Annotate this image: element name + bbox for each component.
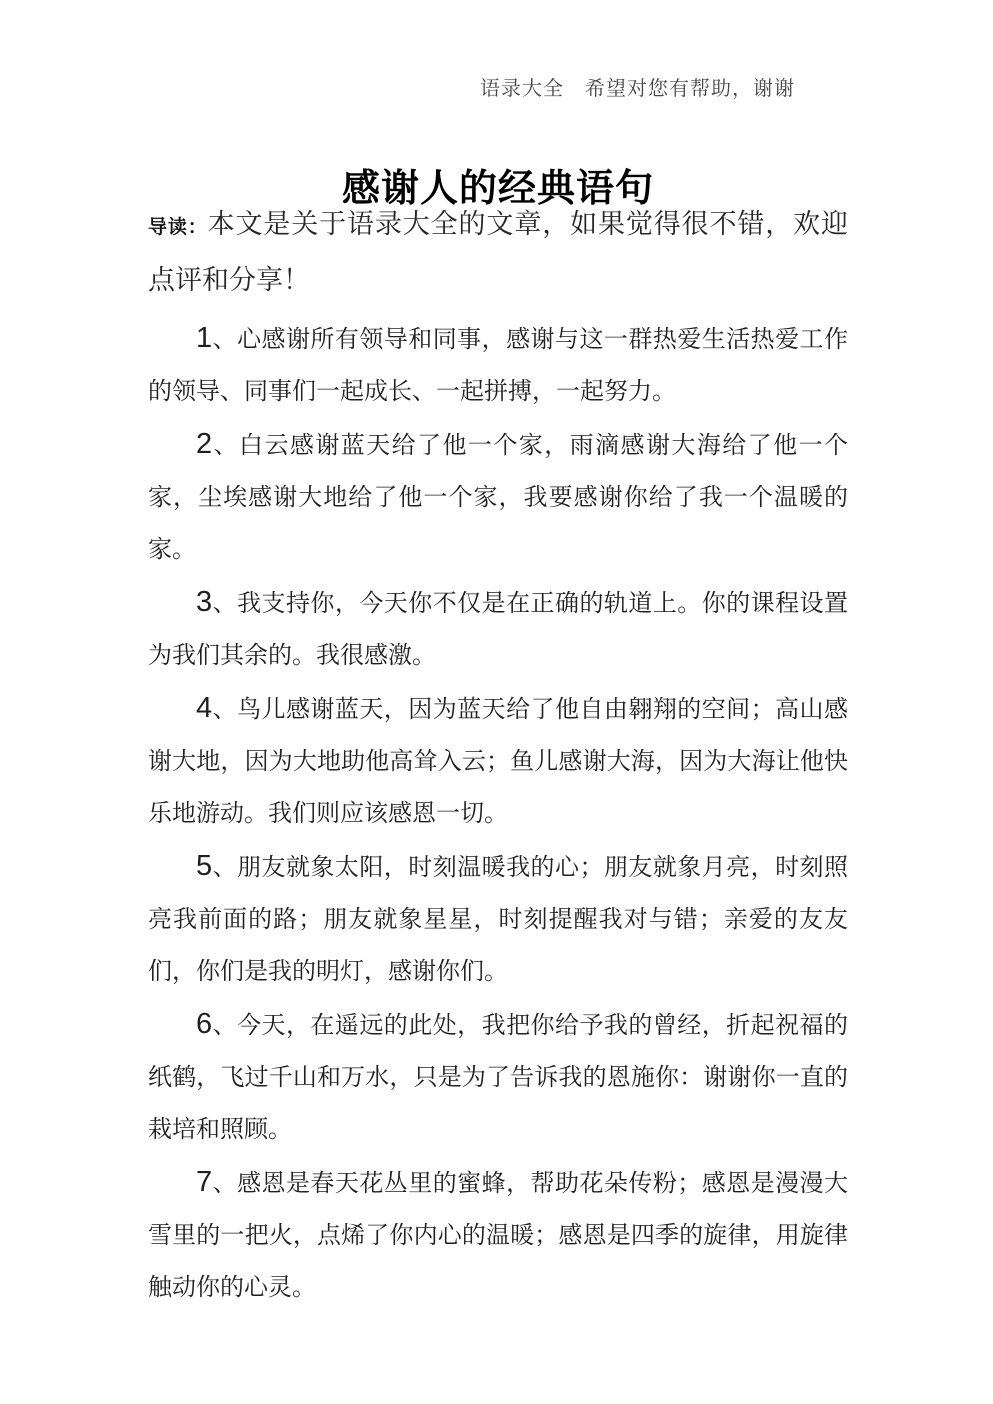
item-text: 朋友就象太阳，时刻温暖我的心；朋友就象月亮，时刻照亮我前面的路；朋友就象星星，时…	[148, 854, 848, 985]
item-text: 感恩是春天花丛里的蜜蜂，帮助花朵传粉；感恩是漫漫大雪里的一把火，点烯了你内心的温…	[148, 1170, 848, 1301]
item-text: 心感谢所有领导和同事，感谢与这一群热爱生活热爱工作的领导、同事们一起成长、一起拼…	[148, 326, 848, 405]
item-text: 鸟儿感谢蓝天，因为蓝天给了他自由翱翔的空间；高山感谢大地，因为大地助他高耸入云；…	[148, 696, 848, 827]
document-body: 导读：本文是关于语录大全的文章，如果觉得很不错，欢迎点评和分享！ 1、心感谢所有…	[148, 198, 848, 1314]
document-page: 语录大全 希望对您有帮助，谢谢 感谢人的经典语句 导读：本文是关于语录大全的文章…	[0, 0, 993, 1404]
item-separator: 、	[212, 854, 237, 881]
item-separator: 、	[212, 326, 237, 353]
item-number: 6	[196, 1008, 212, 1040]
item-number: 2	[196, 428, 212, 460]
item-separator: 、	[212, 1012, 237, 1039]
item-number: 3	[196, 586, 212, 618]
quote-paragraph-3: 3、我支持你，今天你不仅是在正确的轨道上。你的课程设置为我们其余的。我很感激。	[148, 576, 848, 682]
lead-paragraph: 导读：本文是关于语录大全的文章，如果觉得很不错，欢迎点评和分享！	[148, 198, 848, 306]
page-header-text: 语录大全 希望对您有帮助，谢谢	[0, 72, 795, 101]
item-separator: 、	[212, 696, 237, 723]
item-number: 1	[196, 322, 212, 354]
quote-paragraph-6: 6、今天，在遥远的此处，我把你给予我的曾经，折起祝福的纸鹤，飞过千山和万水，只是…	[148, 998, 848, 1156]
item-number: 4	[196, 692, 212, 724]
quote-paragraph-7: 7、感恩是春天花丛里的蜜蜂，帮助花朵传粉；感恩是漫漫大雪里的一把火，点烯了你内心…	[148, 1156, 848, 1314]
lead-label: 导读：	[148, 217, 208, 238]
quote-paragraph-4: 4、鸟儿感谢蓝天，因为蓝天给了他自由翱翔的空间；高山感谢大地，因为大地助他高耸入…	[148, 682, 848, 840]
item-number: 7	[196, 1166, 212, 1198]
item-text: 我支持你，今天你不仅是在正确的轨道上。你的课程设置为我们其余的。我很感激。	[148, 590, 848, 669]
item-separator: 、	[212, 1170, 237, 1197]
item-number: 5	[196, 850, 212, 882]
quote-paragraph-1: 1、心感谢所有领导和同事，感谢与这一群热爱生活热爱工作的领导、同事们一起成长、一…	[148, 312, 848, 418]
lead-text: 本文是关于语录大全的文章，如果觉得很不错，欢迎点评和分享！	[148, 209, 848, 295]
quote-paragraph-5: 5、朋友就象太阳，时刻温暖我的心；朋友就象月亮，时刻照亮我前面的路；朋友就象星星…	[148, 840, 848, 998]
item-separator: 、	[212, 432, 239, 459]
quote-paragraph-2: 2、白云感谢蓝天给了他一个家，雨滴感谢大海给了他一个家，尘埃感谢大地给了他一个家…	[148, 418, 848, 576]
item-text: 白云感谢蓝天给了他一个家，雨滴感谢大海给了他一个家，尘埃感谢大地给了他一个家，我…	[148, 432, 848, 563]
item-text: 今天，在遥远的此处，我把你给予我的曾经，折起祝福的纸鹤，飞过千山和万水，只是为了…	[148, 1012, 848, 1143]
item-separator: 、	[212, 590, 237, 617]
